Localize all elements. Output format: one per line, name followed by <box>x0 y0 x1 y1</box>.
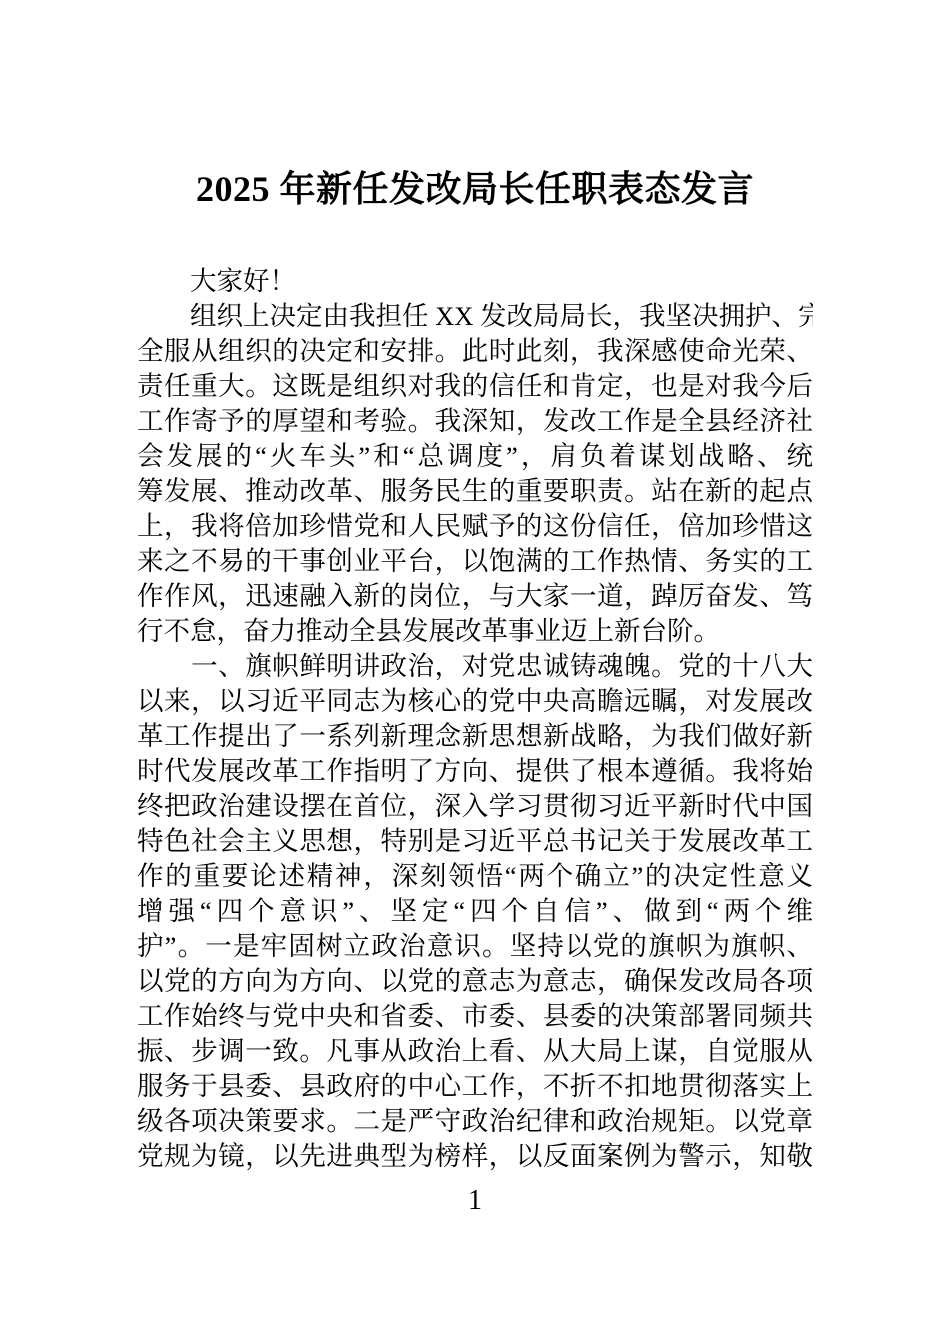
text-line: 终把政治建设摆在首位，深入学习贯彻习近平新时代中国 <box>137 789 813 824</box>
text-line: 特色社会主义思想，特别是习近平总书记关于发展改革工 <box>137 824 813 859</box>
text-line: 全服从组织的决定和安排。此时此刻，我深感使命光荣、 <box>137 334 813 369</box>
text-line: 时代发展改革工作指明了方向、提供了根本遵循。我将始 <box>137 754 813 789</box>
text-line: 责任重大。这既是组织对我的信任和肯定，也是对我今后 <box>137 369 813 404</box>
text-line: 筹发展、推动改革、服务民生的重要职责。站在新的起点 <box>137 474 813 509</box>
document-title: 2025 年新任发改局长任职表态发言 <box>137 164 813 214</box>
text-line: 上，我将倍加珍惜党和人民赋予的这份信任，倍加珍惜这 <box>137 509 813 544</box>
document-body: 大家好！ 组织上决定由我担任 XX 发改局局长，我坚决拥护、完全服从组织的决定和… <box>137 264 813 1174</box>
text-line: 作作风，迅速融入新的岗位，与大家一道，踔厉奋发、笃 <box>137 579 813 614</box>
text-line: 一、旗帜鲜明讲政治，对党忠诚铸魂魄。党的十八大 <box>137 649 813 684</box>
text-line: 会发展的“火车头”和“总调度”，肩负着谋划战略、统 <box>137 439 813 474</box>
text-line: 增强“四个意识”、坚定“四个自信”、做到“两个维 <box>137 894 813 929</box>
text-line: 服务于县委、县政府的中心工作，不折不扣地贯彻落实上 <box>137 1069 813 1104</box>
text-line: 护”。一是牢固树立政治意识。坚持以党的旗帜为旗帜、 <box>137 929 813 964</box>
text-line: 振、步调一致。凡事从政治上看、从大局上谋，自觉服从 <box>137 1034 813 1069</box>
page-number: 1 <box>0 1183 950 1218</box>
paragraph: 一、旗帜鲜明讲政治，对党忠诚铸魂魄。党的十八大以来，以习近平同志为核心的党中央高… <box>137 649 813 1174</box>
text-line: 工作始终与党中央和省委、市委、县委的决策部署同频共 <box>137 999 813 1034</box>
text-line: 以来，以习近平同志为核心的党中央高瞻远瞩，对发展改 <box>137 684 813 719</box>
text-line: 作的重要论述精神，深刻领悟“两个确立”的决定性意义 <box>137 859 813 894</box>
text-line: 革工作提出了一系列新理念新思想新战略，为我们做好新 <box>137 719 813 754</box>
text-line: 工作寄予的厚望和考验。我深知，发改工作是全县经济社 <box>137 404 813 439</box>
paragraph: 组织上决定由我担任 XX 发改局局长，我坚决拥护、完全服从组织的决定和安排。此时… <box>137 299 813 649</box>
text-line: 级各项决策要求。二是严守政治纪律和政治规矩。以党章 <box>137 1104 813 1139</box>
document-page: 2025 年新任发改局长任职表态发言 大家好！ 组织上决定由我担任 XX 发改局… <box>0 0 950 1344</box>
text-line: 组织上决定由我担任 XX 发改局局长，我坚决拥护、完 <box>137 299 813 334</box>
text-line: 以党的方向为方向、以党的意志为意志，确保发改局各项 <box>137 964 813 999</box>
text-line: 行不怠，奋力推动全县发展改革事业迈上新台阶。 <box>137 614 813 649</box>
text-line: 来之不易的干事创业平台，以饱满的工作热情、务实的工 <box>137 544 813 579</box>
text-line: 党规为镜，以先进典型为榜样，以反面案例为警示，知敬 <box>137 1139 813 1174</box>
paragraph: 大家好！ <box>137 264 813 299</box>
text-line: 大家好！ <box>137 264 813 299</box>
